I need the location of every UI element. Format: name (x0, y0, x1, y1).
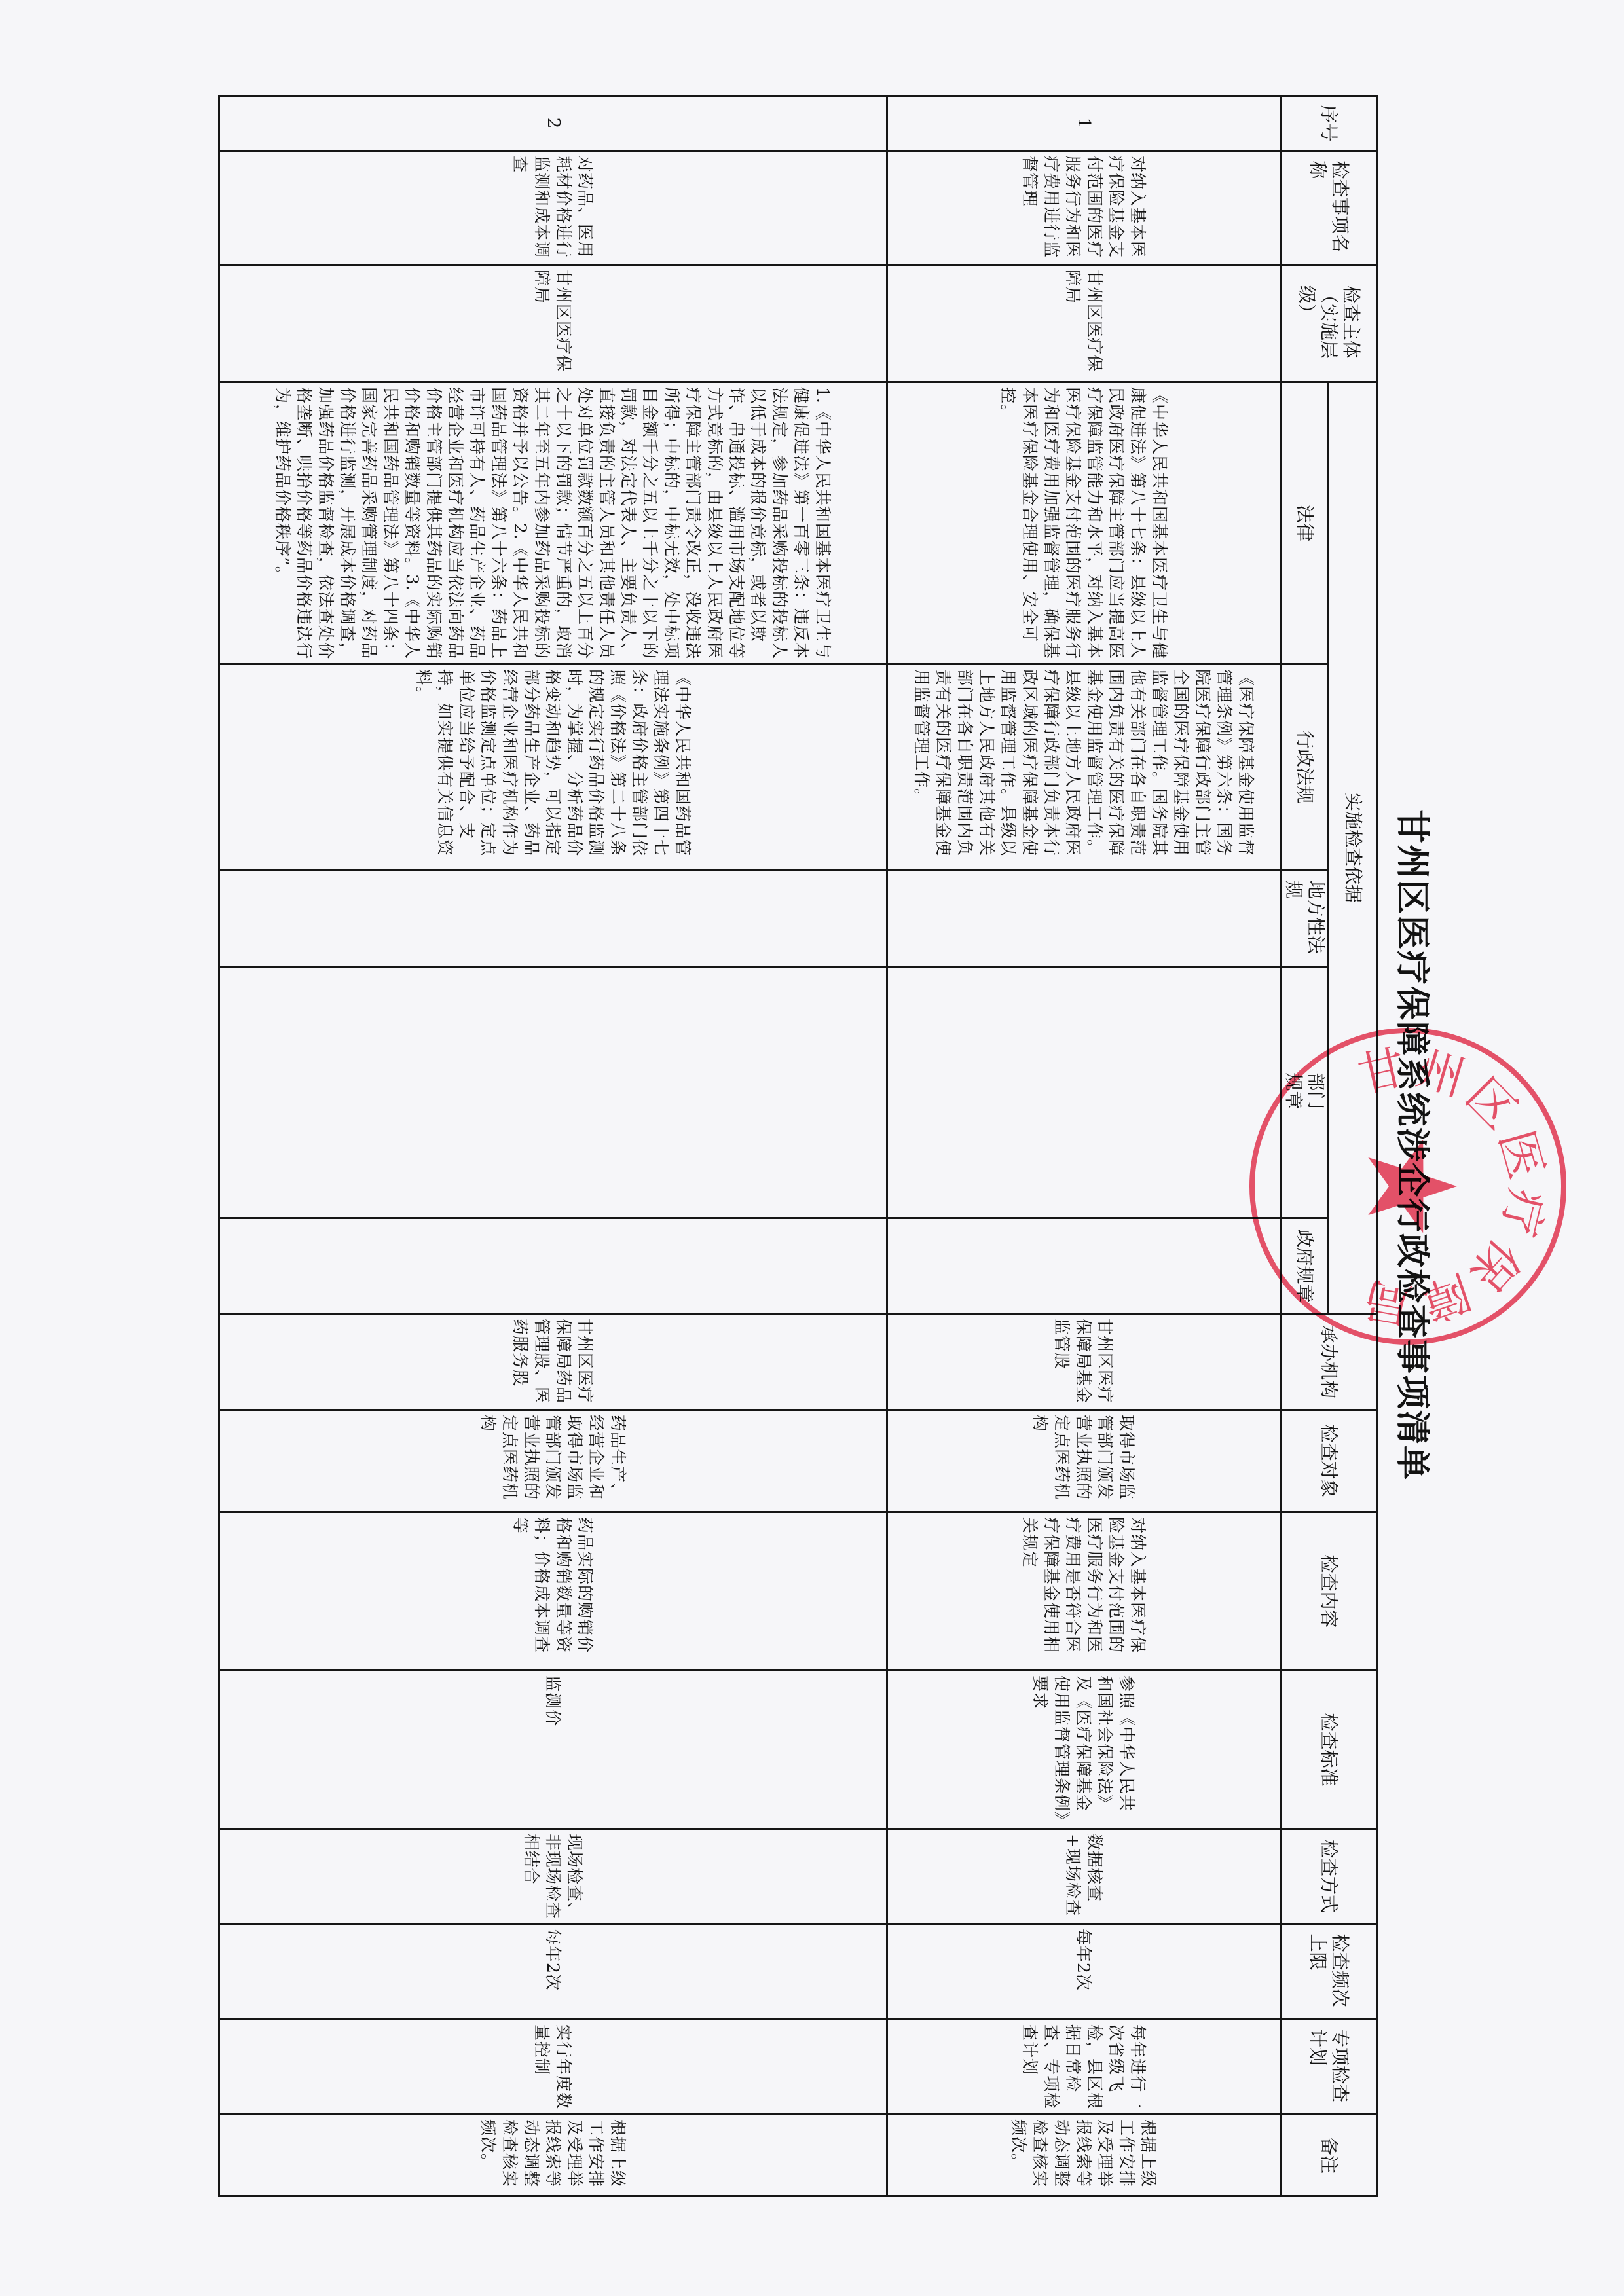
landscape-page: 甘州区医疗保障系统涉企行政检查事项清单 序号 检查事项名称 检查主体（实施层级）… (0, 0, 1624, 2296)
header-law-label: 法律 (1294, 505, 1316, 541)
cell-content: 药品实际的购销价格和购销数量等资料；价格成本调查等 (219, 1512, 887, 1671)
header-target: 检查对象 (1281, 1410, 1378, 1512)
header-remarks: 备注 (1281, 2115, 1378, 2196)
header-gov-rule: 政府规章 (1281, 1218, 1329, 1314)
header-seq: 序号 (1281, 96, 1378, 151)
header-local-regulation: 地方性法规 (1281, 871, 1329, 967)
cell-standard: 监测价 (219, 1671, 887, 1829)
header-local-regulation-label: 地方性法规 (1282, 881, 1327, 957)
header-subject: 检查主体（实施层级） (1281, 265, 1378, 382)
header-handling-agency: 承办机构 (1281, 1314, 1378, 1410)
table-row: 1 对纳入基本医疗保险基金支付范围的医疗服务行为和医疗费用进行监督管理 甘州区医… (887, 96, 1281, 2196)
cell-local-regulation (887, 871, 1281, 967)
cell-frequency-limit: 每年2次 (887, 1924, 1281, 2020)
cell-law: 1.《中华人民共和国基本医疗卫生与健康促进法》第一百零三条：违反本法规定，参加药… (219, 382, 887, 665)
cell-local-regulation (219, 871, 887, 967)
cell-handling-agency: 甘州区医疗保障局药品管理股、医药服务股 (219, 1314, 887, 1410)
header-admin-regulation: 行政法规 (1281, 665, 1329, 871)
header-law: 法律 (1281, 382, 1329, 665)
cell-method: 现场检查、非现场检查相结合 (219, 1829, 887, 1924)
cell-method: 数据核查+现场检查 (887, 1829, 1281, 1924)
cell-subject: 甘州区医疗保障局 (219, 265, 887, 382)
header-admin-regulation-label: 行政法规 (1294, 731, 1316, 804)
cell-remarks: 根据上级工作安排及受理举报线索等动态调整检查核实频次。 (219, 2115, 887, 2196)
seal-text-group: 甘州区医疗保障局 (1353, 1040, 1555, 1334)
header-standard-label: 检查标准 (1319, 1713, 1340, 1787)
inspection-items-table: 序号 检查事项名称 检查主体（实施层级） 实施检查依据 承办机构 检查对象 检查… (218, 95, 1378, 2197)
cell-special-plan: 每年进行一次省级飞检，县区根据日常检查、专项检查计划 (887, 2020, 1281, 2115)
header-method-label: 检查方式 (1319, 1840, 1340, 1913)
seal-text: 甘州区医疗保障局 (1353, 1040, 1555, 1334)
header-method: 检查方式 (1281, 1829, 1378, 1924)
cell-target: 药品生产、经营企业和取得市场监管部门颁发营业执照的定点医药机构 (219, 1410, 887, 1512)
cell-admin-regulation: 《医疗保障基金使用监督管理条例》第六条：国务院医疗保障行政部门主管全国的医疗保障… (887, 665, 1281, 871)
header-basis-group-label: 实施检查依据 (1342, 793, 1364, 903)
cell-dept-rule (887, 967, 1281, 1218)
cell-gov-rule (219, 1218, 887, 1314)
header-item-name-label: 检查事项名称 (1307, 160, 1352, 255)
header-subject-label: 检查主体（实施层级） (1296, 285, 1363, 361)
cell-item-name: 对纳入基本医疗保险基金支付范围的医疗服务行为和医疗费用进行监督管理 (887, 151, 1281, 265)
header-handling-agency-label: 承办机构 (1319, 1325, 1340, 1398)
document-title: 甘州区医疗保障系统涉企行政检查事项清单 (1391, 95, 1433, 2195)
cell-target: 取得市场监管部门颁发营业执照的定点医药机构 (887, 1410, 1281, 1512)
header-gov-rule-label: 政府规章 (1294, 1230, 1316, 1303)
header-row: 序号 检查事项名称 检查主体（实施层级） 实施检查依据 承办机构 检查对象 检查… (1329, 96, 1378, 2196)
header-item-name: 检查事项名称 (1281, 151, 1378, 265)
cell-subject: 甘州区医疗保障局 (887, 265, 1281, 382)
header-dept-rule: 部门规章 (1281, 967, 1329, 1218)
cell-seq: 1 (887, 96, 1281, 151)
cell-frequency-limit: 每年2次 (219, 1924, 887, 2020)
cell-remarks: 根据上级工作安排及受理举报线索等动态调整检查核实频次。 (887, 2115, 1281, 2196)
header-standard: 检查标准 (1281, 1671, 1378, 1829)
cell-standard: 参照《中华人民共和国社会保险法》及《医疗保障基金使用监督管理条例》要求 (887, 1671, 1281, 1829)
cell-dept-rule (219, 967, 887, 1218)
cell-special-plan: 实行年度数量控制 (219, 2020, 887, 2115)
header-special-plan: 专项检查计划 (1281, 2020, 1378, 2115)
header-seq-label: 序号 (1319, 105, 1340, 141)
header-remarks-label: 备注 (1319, 2137, 1340, 2174)
cell-admin-regulation: 《中华人民共和国药品管理法实施条例》第四十七条：政府价格主管部门依照《价格法》第… (219, 665, 887, 871)
header-target-label: 检查对象 (1319, 1425, 1340, 1498)
header-special-plan-label: 专项检查计划 (1307, 2029, 1352, 2105)
header-content: 检查内容 (1281, 1512, 1378, 1671)
cell-content: 对纳入基本医疗保险基金支付范围的医疗服务行为和医疗费用是否符合医疗保障基金使用相… (887, 1512, 1281, 1671)
header-basis-group: 实施检查依据 (1329, 382, 1378, 1314)
cell-item-name: 对药品、医用耗材价格进行监测和成本调查 (219, 151, 887, 265)
cell-handling-agency: 甘州区医疗保障局基金监管股 (887, 1314, 1281, 1410)
table-row: 2 对药品、医用耗材价格进行监测和成本调查 甘州区医疗保障局 1.《中华人民共和… (219, 96, 887, 2196)
cell-law: 《中华人民共和国基本医疗卫生与健康促进法》第八十七条：县级以上人民政府医疗保障主… (887, 382, 1281, 665)
header-frequency-limit-label: 检查频次上限 (1307, 1933, 1352, 2009)
header-dept-rule-label: 部门规章 (1282, 1072, 1327, 1112)
cell-gov-rule (887, 1218, 1281, 1314)
header-frequency-limit: 检查频次上限 (1281, 1924, 1378, 2020)
cell-seq: 2 (219, 96, 887, 151)
header-content-label: 检查内容 (1319, 1555, 1340, 1628)
